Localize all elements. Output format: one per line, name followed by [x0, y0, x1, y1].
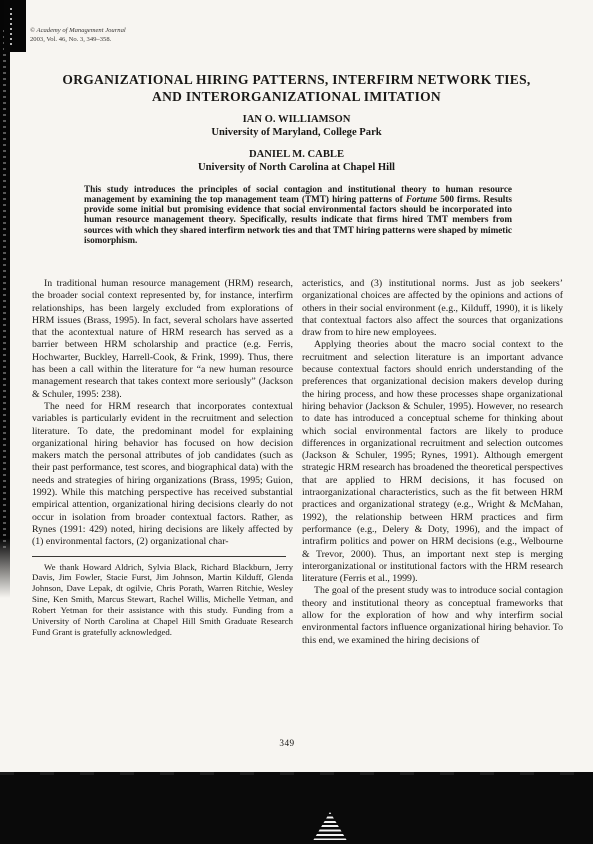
author-affiliation: University of Maryland, College Park	[0, 126, 593, 139]
abstract: This study introduces the principles of …	[84, 184, 512, 245]
author-affiliation: University of North Carolina at Chapel H…	[0, 161, 593, 174]
footnote-divider	[32, 556, 286, 557]
journal-header: © Academy of Management Journal 2003, Vo…	[30, 27, 126, 44]
body-paragraph: acteristics, and (3) institutional norms…	[302, 278, 563, 339]
body-columns: In traditional human resource management…	[32, 278, 563, 647]
scan-black-band	[0, 772, 593, 844]
right-column: acteristics, and (3) institutional norms…	[302, 278, 563, 647]
page-title: ORGANIZATIONAL HIRING PATTERNS, INTERFIR…	[0, 72, 593, 105]
body-paragraph: In traditional human resource management…	[32, 278, 293, 401]
body-paragraph: The need for HRM research that incorpora…	[32, 401, 293, 549]
scanned-journal-page: © Academy of Management Journal 2003, Vo…	[0, 0, 593, 844]
scan-corner-block	[4, 0, 26, 52]
left-column: In traditional human resource management…	[32, 278, 293, 647]
title-line-1: ORGANIZATIONAL HIRING PATTERNS, INTERFIR…	[0, 72, 593, 89]
body-paragraph: Applying theories about the macro social…	[302, 339, 563, 585]
author-block-2: DANIEL M. CABLE University of North Caro…	[0, 148, 593, 174]
journal-volume-info: 2003, Vol. 46, No. 3, 349–358.	[30, 36, 126, 45]
acknowledgements-footnote: We thank Howard Aldrich, Sylvia Black, R…	[32, 562, 293, 638]
author-name: IAN O. WILLIAMSON	[0, 113, 593, 126]
title-line-2: AND INTERORGANIZATIONAL IMITATION	[0, 89, 593, 106]
body-paragraph: The goal of the present study was to int…	[302, 585, 563, 646]
author-block-1: IAN O. WILLIAMSON University of Maryland…	[0, 113, 593, 139]
journal-name: © Academy of Management Journal	[30, 27, 126, 36]
footnote-text: We thank Howard Aldrich, Sylvia Black, R…	[32, 562, 293, 638]
page-number: 349	[32, 738, 542, 748]
abstract-italic-word: Fortune	[406, 194, 437, 204]
author-name: DANIEL M. CABLE	[0, 148, 593, 161]
